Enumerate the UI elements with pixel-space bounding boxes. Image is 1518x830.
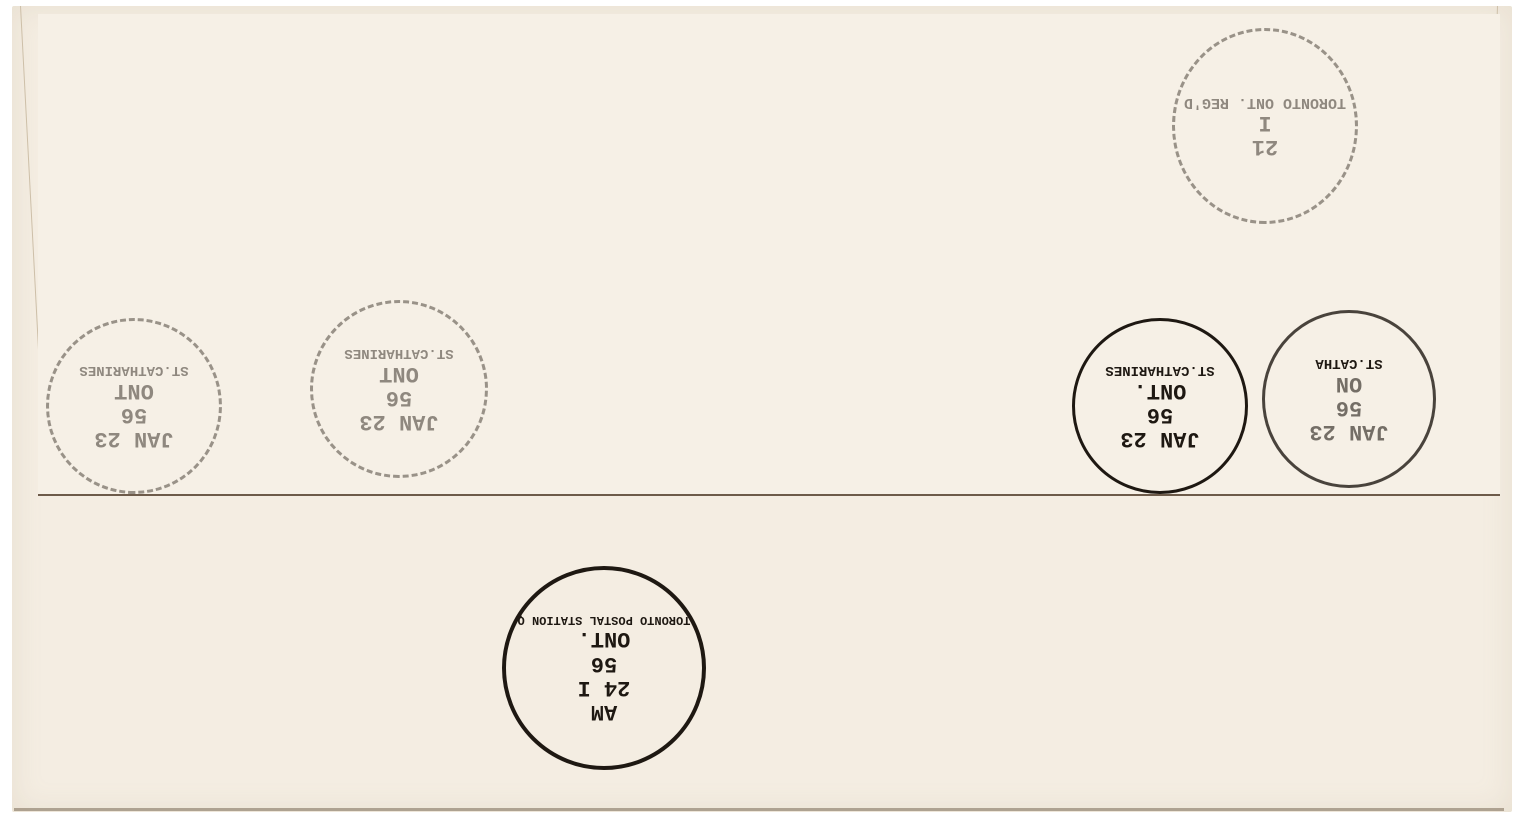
postmark-ring-text: TORONTO ONT. REG'D — [1184, 94, 1346, 111]
postmark-year: 56 — [386, 385, 412, 409]
postmark-st-catharines-4: JAN 23 56 ON ST.CATHA — [1262, 310, 1436, 488]
postmark-toronto-registered: 21 I TORONTO ONT. REG'D — [1172, 28, 1358, 224]
postmark-ring-text: TORONTO POSTAL STATION Q — [518, 613, 691, 626]
postmark-st-catharines-3: JAN 23 56 ONT. ST.CATHARINES — [1072, 318, 1248, 494]
postmark-date: JAN 23 — [359, 409, 438, 433]
postmark-day: 24 I — [578, 675, 631, 699]
postmark-date: JAN 23 — [94, 426, 173, 450]
postmark-ring-text: ST.CATHARINES — [1105, 362, 1214, 377]
lower-panel — [72, 498, 1492, 808]
postmark-month: I — [1258, 110, 1271, 134]
postmark-st-catharines-1: JAN 23 56 ONT ST.CATHARINES — [46, 318, 222, 494]
postmark-day: 21 — [1252, 134, 1278, 158]
postmark-province: ONT — [114, 377, 154, 401]
postmark-date: JAN 23 — [1120, 426, 1199, 450]
postmark-ring-text: ST.CATHARINES — [344, 345, 453, 360]
postmark-year: 56 — [1147, 402, 1173, 426]
postmark-ring-text: ST.CATHARINES — [79, 362, 188, 377]
postmark-province: ONT. — [578, 626, 631, 650]
postmark-ring-text: ST.CATHA — [1315, 355, 1382, 370]
postmark-year: 56 — [121, 402, 147, 426]
postmark-toronto-station-q: AM 24 I 56 ONT. TORONTO POSTAL STATION Q — [502, 566, 706, 770]
torn-bottom-edge — [14, 808, 1504, 811]
postmark-time: AM — [591, 699, 617, 723]
postmark-province: ONT. — [1134, 377, 1187, 401]
postmark-st-catharines-2: JAN 23 56 ONT ST.CATHARINES — [310, 300, 488, 478]
postmark-province: ON — [1336, 370, 1362, 394]
postmark-year: 56 — [591, 650, 617, 674]
postmark-year: 56 — [1336, 395, 1362, 419]
postmark-province: ONT — [379, 360, 419, 384]
postmark-date: JAN 23 — [1309, 419, 1388, 443]
